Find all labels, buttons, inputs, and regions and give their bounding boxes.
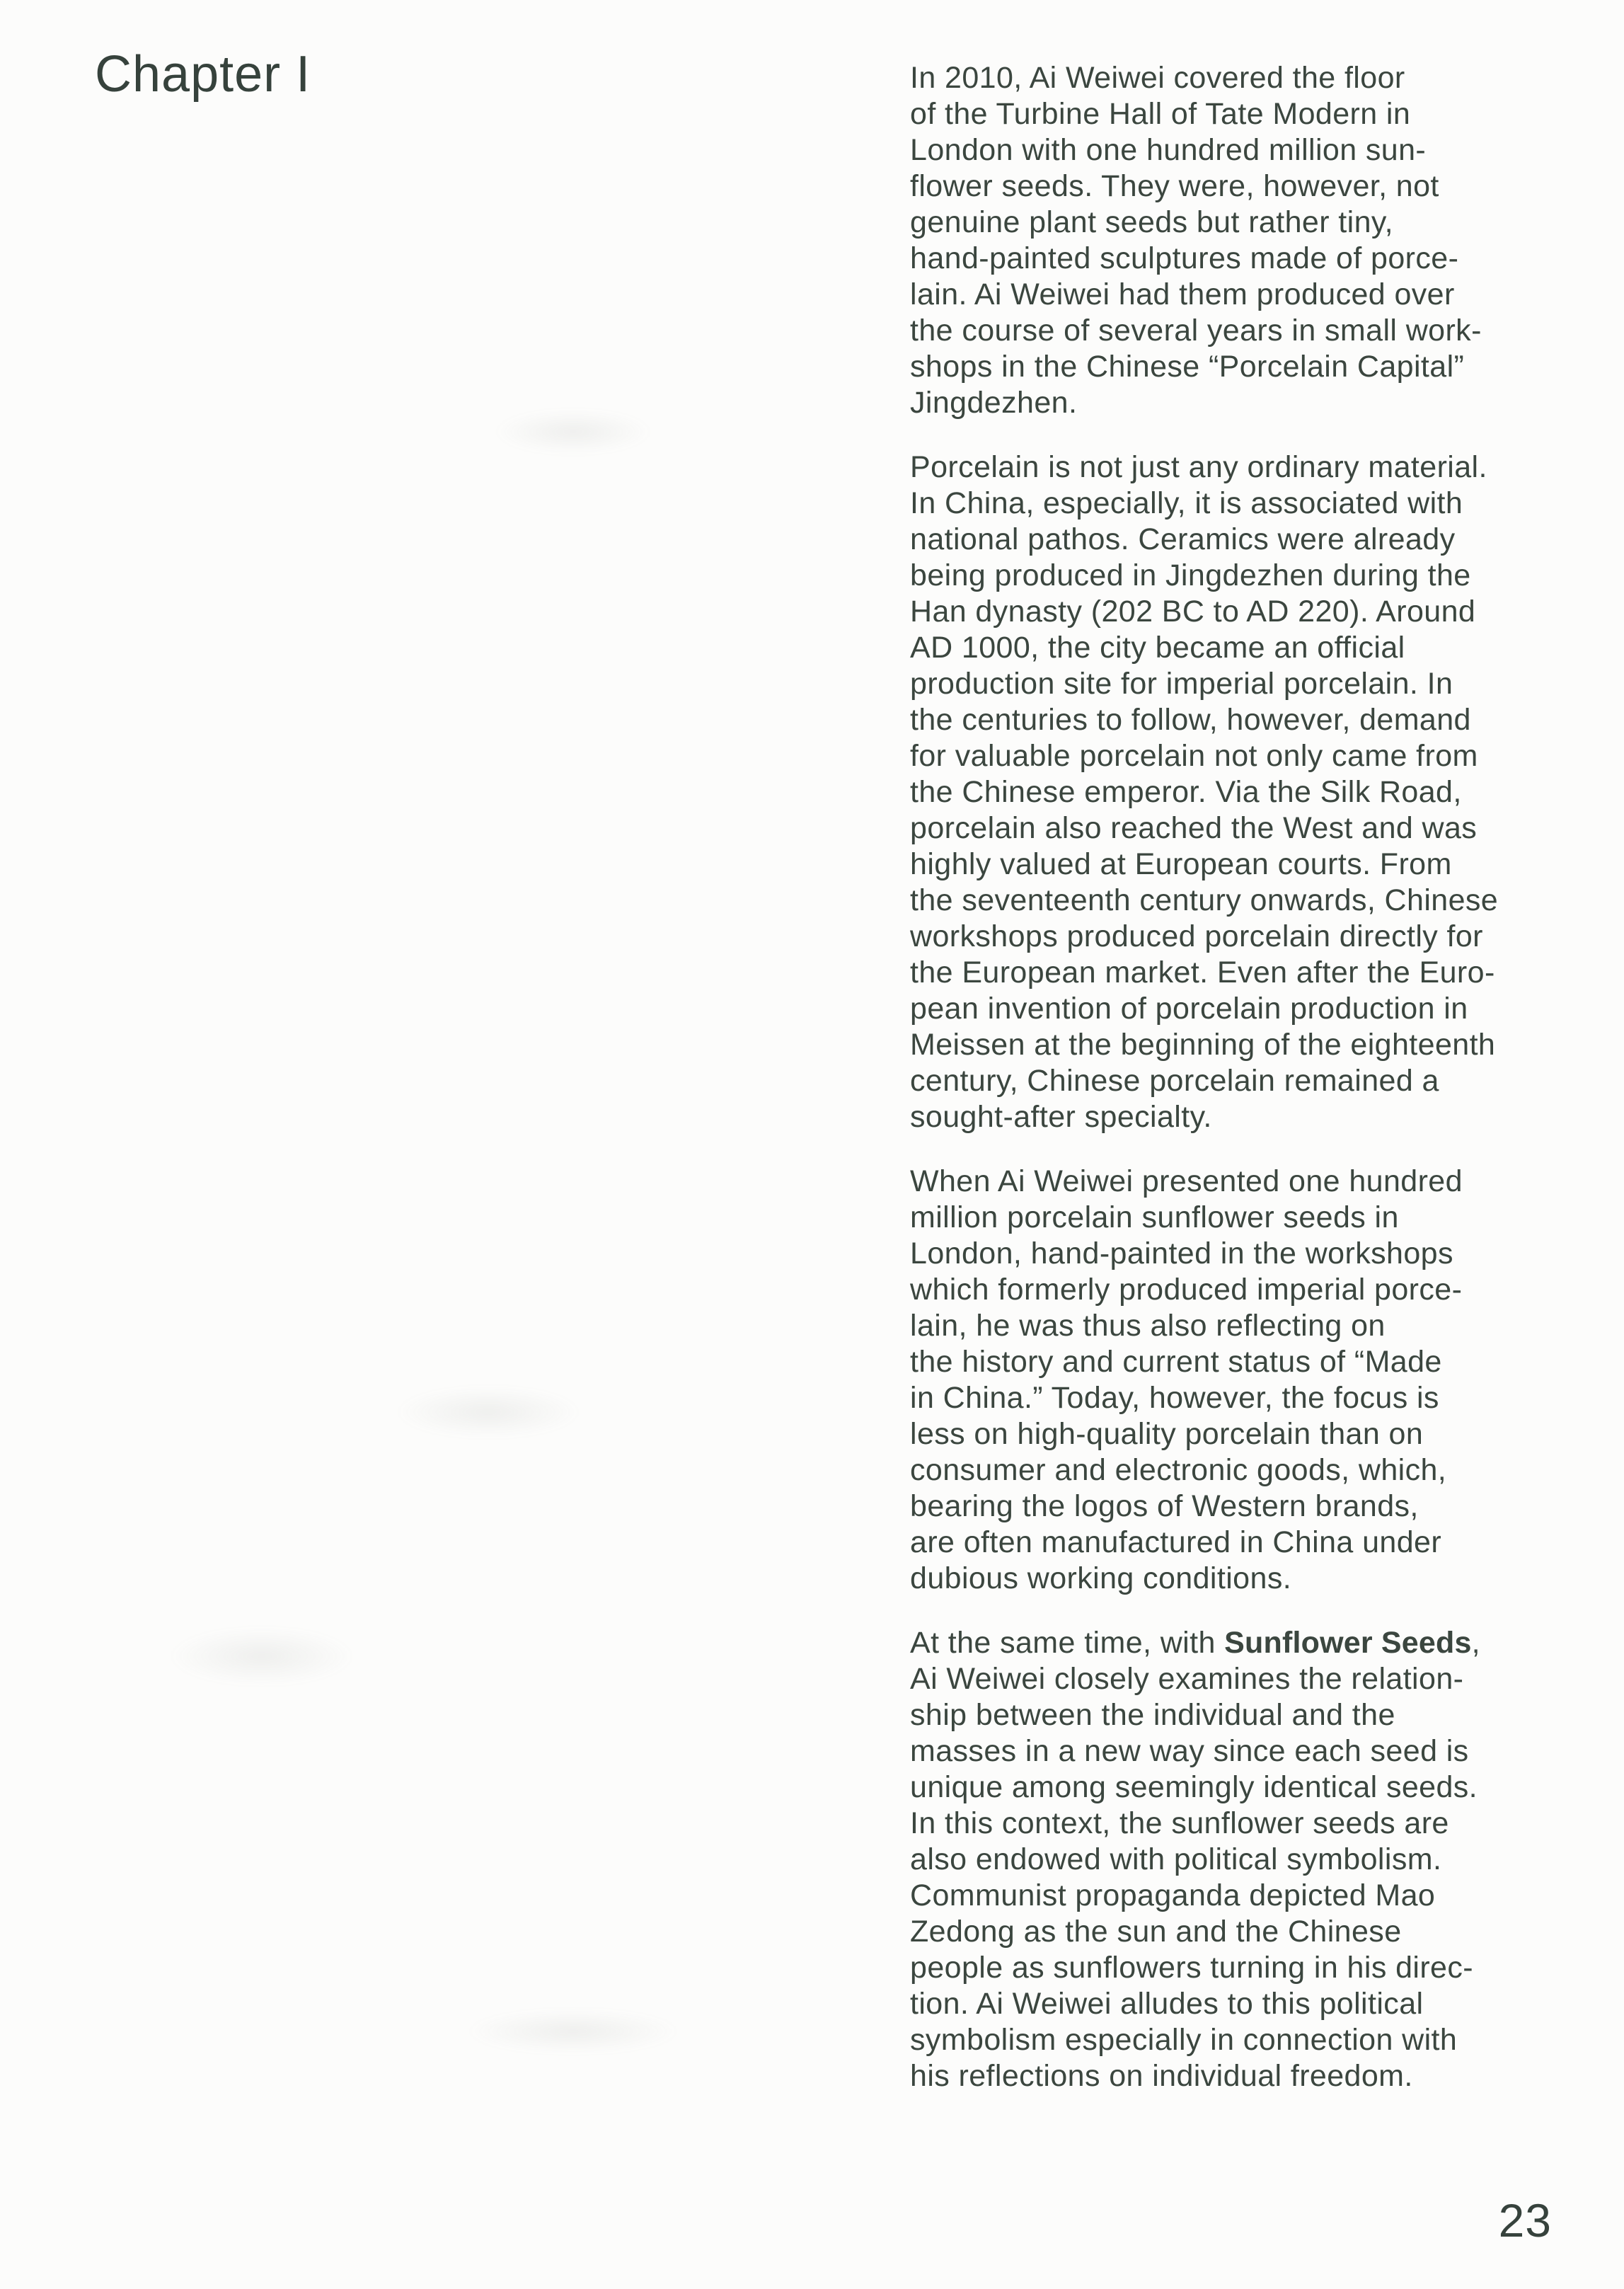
paragraph-1-text: In 2010, Ai Weiwei covered the floor of …	[910, 60, 1603, 421]
page-number: 23	[1499, 2197, 1552, 2244]
scan-smudge	[467, 2010, 679, 2053]
paragraph-4-first-line: At the same time, with Sunflower Seeds,	[910, 1625, 1603, 1661]
scan-smudge	[495, 411, 651, 453]
paragraph-3: When Ai Weiwei presented one hundred mil…	[910, 1164, 1603, 1597]
scan-smudge	[396, 1387, 580, 1437]
paragraph-4-text: Ai Weiwei closely examines the relation-…	[910, 1661, 1603, 2094]
paragraph-3-text: When Ai Weiwei presented one hundred mil…	[910, 1164, 1603, 1597]
paragraph-1: In 2010, Ai Weiwei covered the floor of …	[910, 60, 1603, 421]
body-text-column: In 2010, Ai Weiwei covered the floor of …	[910, 60, 1603, 2123]
document-page: Chapter I In 2010, Ai Weiwei covered the…	[0, 0, 1624, 2289]
paragraph-2-text: Porcelain is not just any ordinary mater…	[910, 449, 1603, 1135]
chapter-heading: Chapter I	[95, 47, 311, 103]
artwork-title-bold: Sunflower Seeds	[1224, 1626, 1471, 1660]
scan-smudge	[170, 1628, 354, 1685]
paragraph-4-lead-text: At the same time, with	[910, 1626, 1224, 1660]
paragraph-2: Porcelain is not just any ordinary mater…	[910, 449, 1603, 1135]
paragraph-4-lead-punctuation: ,	[1472, 1626, 1480, 1660]
paragraph-4: At the same time, with Sunflower Seeds, …	[910, 1625, 1603, 2094]
